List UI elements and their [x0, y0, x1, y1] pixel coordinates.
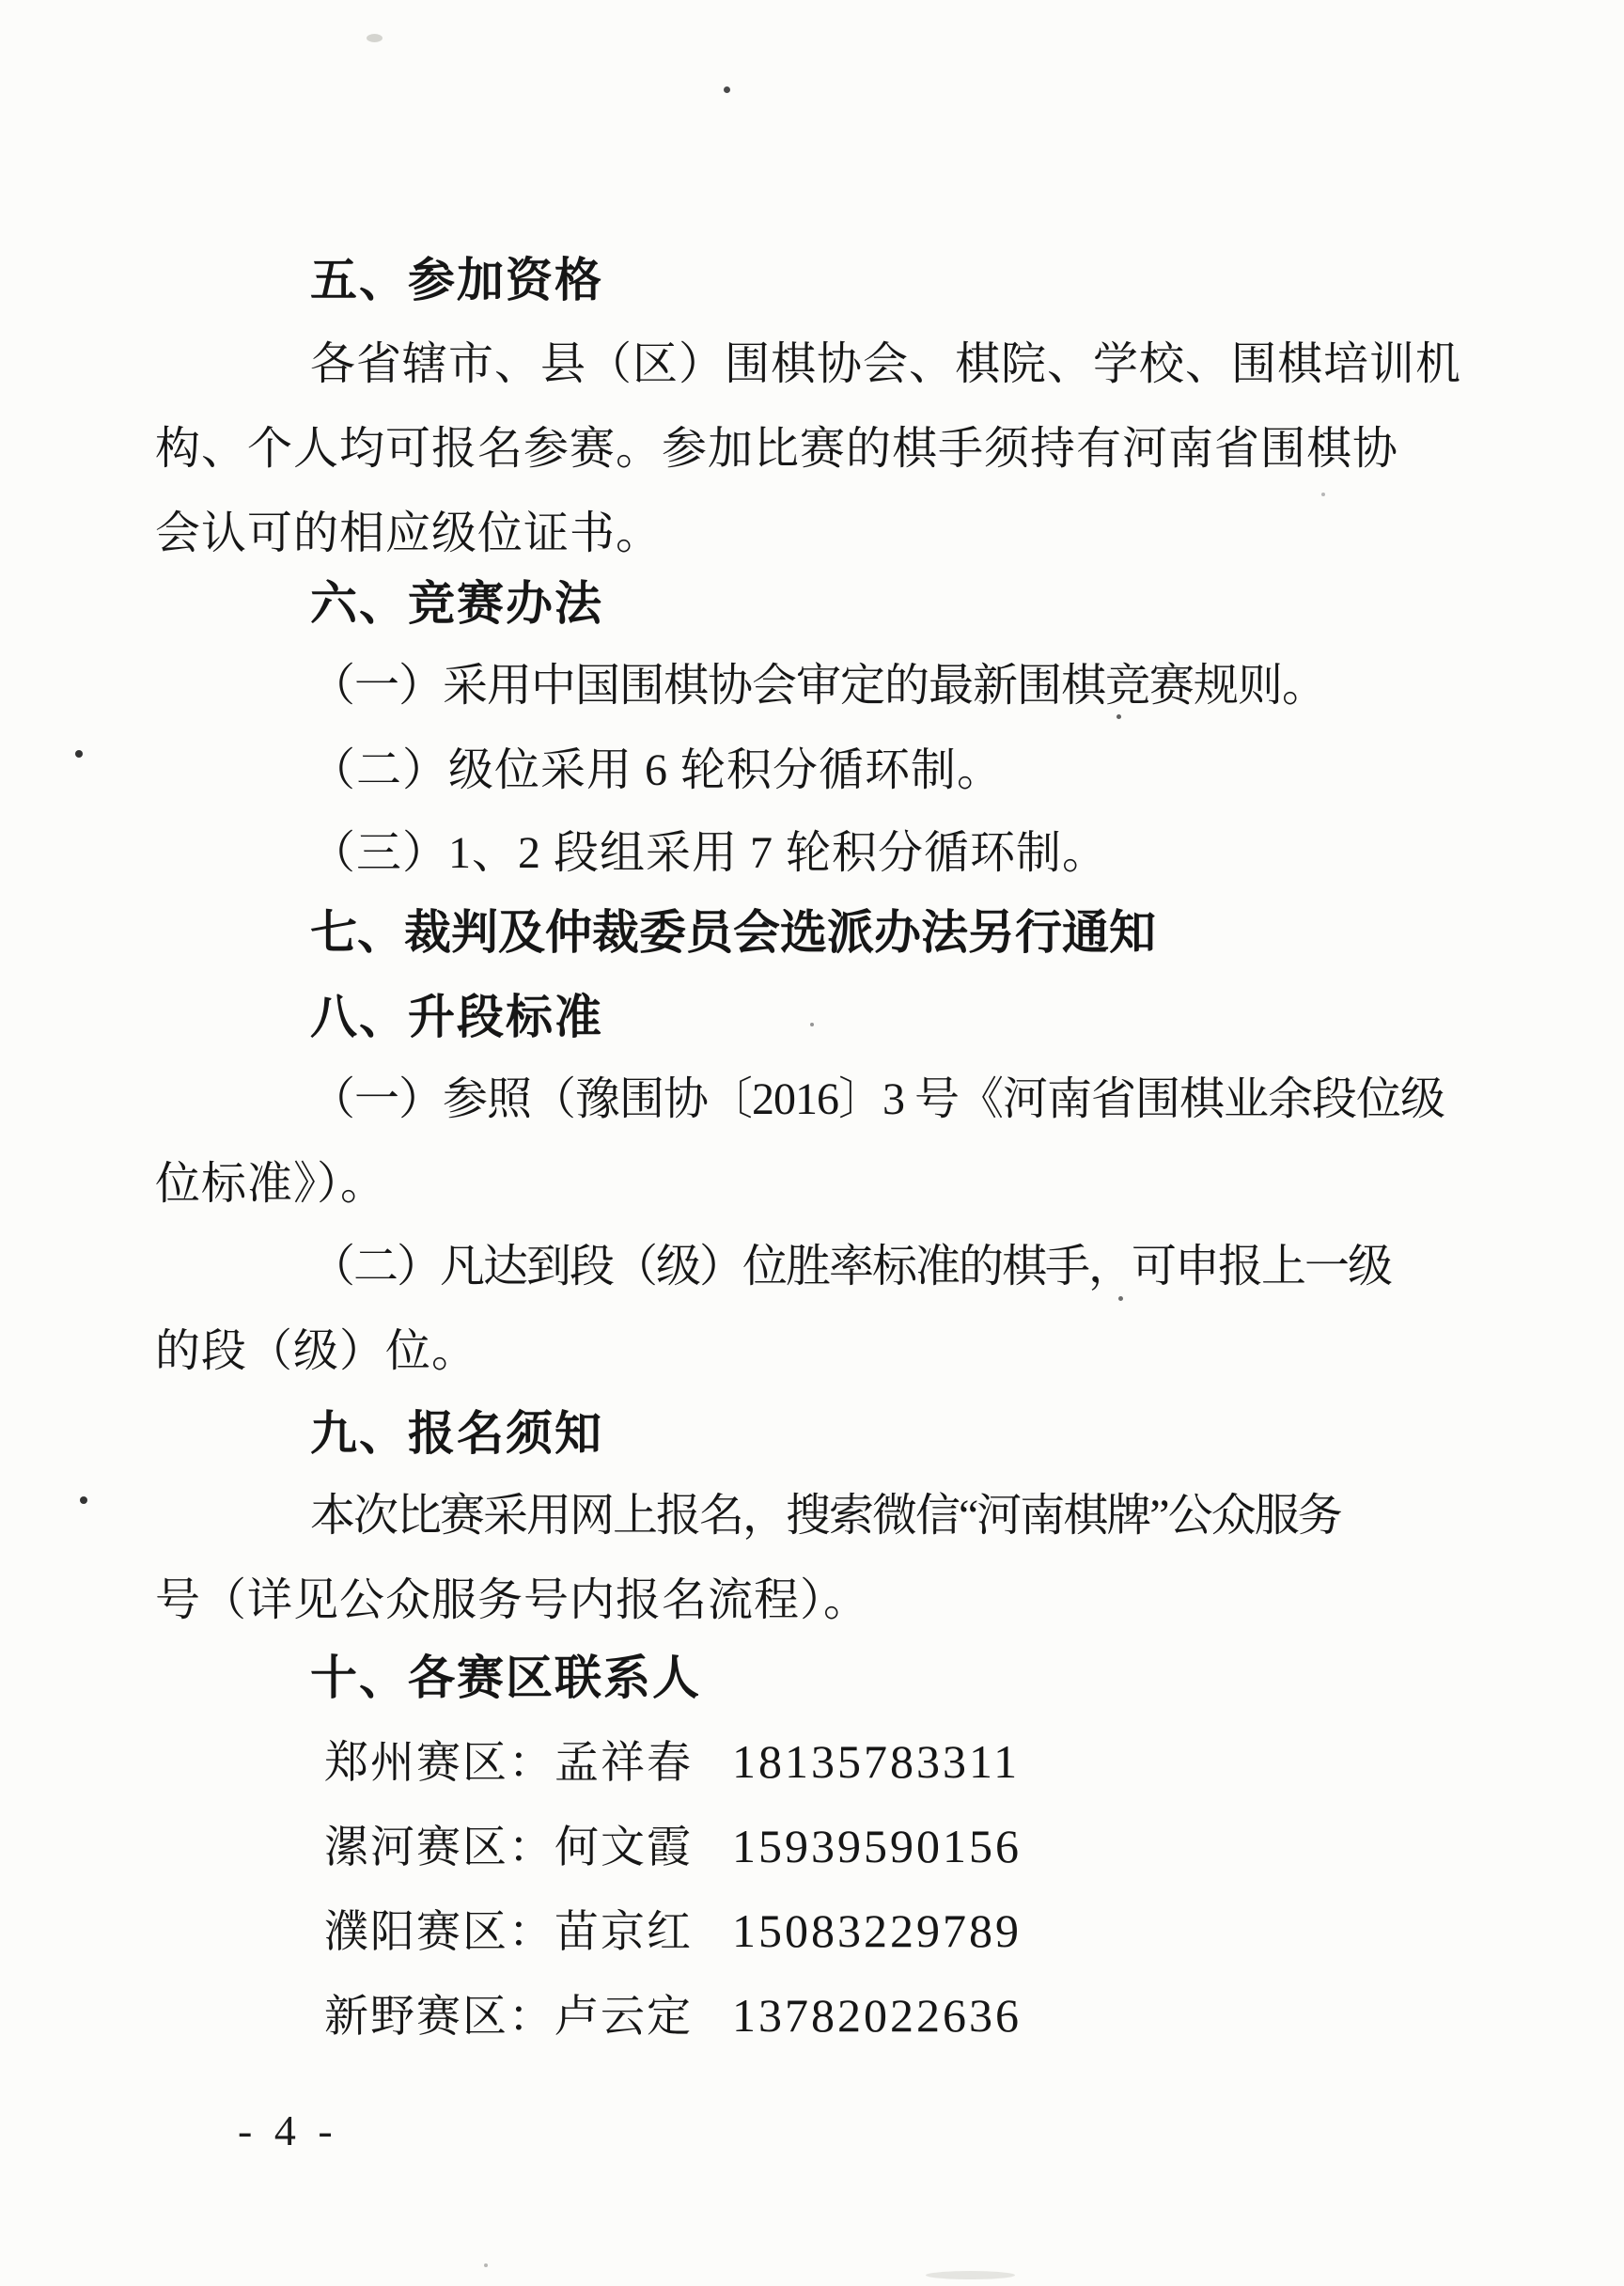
paragraph-line: 会认可的相应级位证书。 [155, 504, 662, 564]
contact-row: 郑州赛区：孟祥春18135783311 [324, 1732, 1020, 1793]
scan-speck [367, 34, 383, 42]
document-page: 五、参加资格 各省辖市、县（区）围棋协会、棋院、学校、围棋培训机 构、个人均可报… [0, 0, 1624, 2286]
contact-phone: 15083229789 [732, 1902, 1022, 1960]
page-number: - 4 - [238, 2106, 338, 2155]
section-heading-6: 六、竞赛办法 [310, 573, 603, 634]
contact-label: 濮阳赛区：苗京红 [324, 1908, 693, 1957]
list-item: （二）级位采用 6 轮积分循环制。 [310, 741, 1003, 801]
scan-speck [1118, 1296, 1123, 1301]
scan-speck [810, 1023, 814, 1026]
paragraph-line: 号（详见公众服务号内报名流程）。 [155, 1571, 869, 1631]
paragraph-line: 的段（级）位。 [155, 1322, 477, 1382]
paragraph-line: （二）凡达到段（级）位胜率标准的棋手，可申报上一级 [310, 1237, 1391, 1297]
scan-speck [724, 86, 730, 93]
paragraph-line: 各省辖市、县（区）围棋协会、棋院、学校、围棋培训机 [310, 335, 1461, 395]
paragraph-line: 本次比赛采用网上报名，搜索微信“河南棋牌”公众服务 [310, 1486, 1341, 1546]
contact-row: 新野赛区：卢云定13782022636 [324, 1986, 1022, 2046]
contact-label: 郑州赛区：孟祥春 [324, 1739, 693, 1788]
section-heading-5: 五、参加资格 [310, 250, 603, 310]
section-heading-7: 七、裁判及仲裁委员会选派办法另行通知 [310, 902, 1156, 963]
contact-row: 漯河赛区：何文霞15939590156 [324, 1817, 1022, 1877]
contact-phone: 13782022636 [732, 1986, 1022, 2044]
contact-phone: 18135783311 [732, 1732, 1020, 1791]
scan-smudge [926, 2271, 1015, 2279]
scan-speck [75, 750, 83, 758]
paragraph-line: 位标准》）。 [155, 1154, 386, 1214]
contact-row: 濮阳赛区：苗京红15083229789 [324, 1902, 1022, 1962]
contact-phone: 15939590156 [732, 1817, 1022, 1875]
scan-speck [484, 2263, 488, 2267]
section-heading-8: 八、升段标准 [310, 987, 603, 1047]
contact-label: 新野赛区：卢云定 [324, 1993, 693, 2042]
list-item: （一）采用中国围棋协会审定的最新围棋竞赛规则。 [310, 656, 1326, 716]
paragraph-line: （一）参照（豫围协〔2016〕3 号《河南省围棋业余段位级 [310, 1070, 1444, 1130]
scan-speck [1116, 714, 1121, 719]
section-heading-9: 九、报名须知 [310, 1403, 603, 1464]
scan-speck [80, 1496, 87, 1504]
section-heading-10: 十、各赛区联系人 [310, 1648, 701, 1708]
contact-label: 漯河赛区：何文霞 [324, 1824, 693, 1872]
list-item: （三）1、2 段组采用 7 轮积分循环制。 [310, 823, 1108, 884]
scan-speck [1321, 493, 1325, 496]
paragraph-line: 构、个人均可报名参赛。参加比赛的棋手须持有河南省围棋协 [155, 419, 1398, 479]
